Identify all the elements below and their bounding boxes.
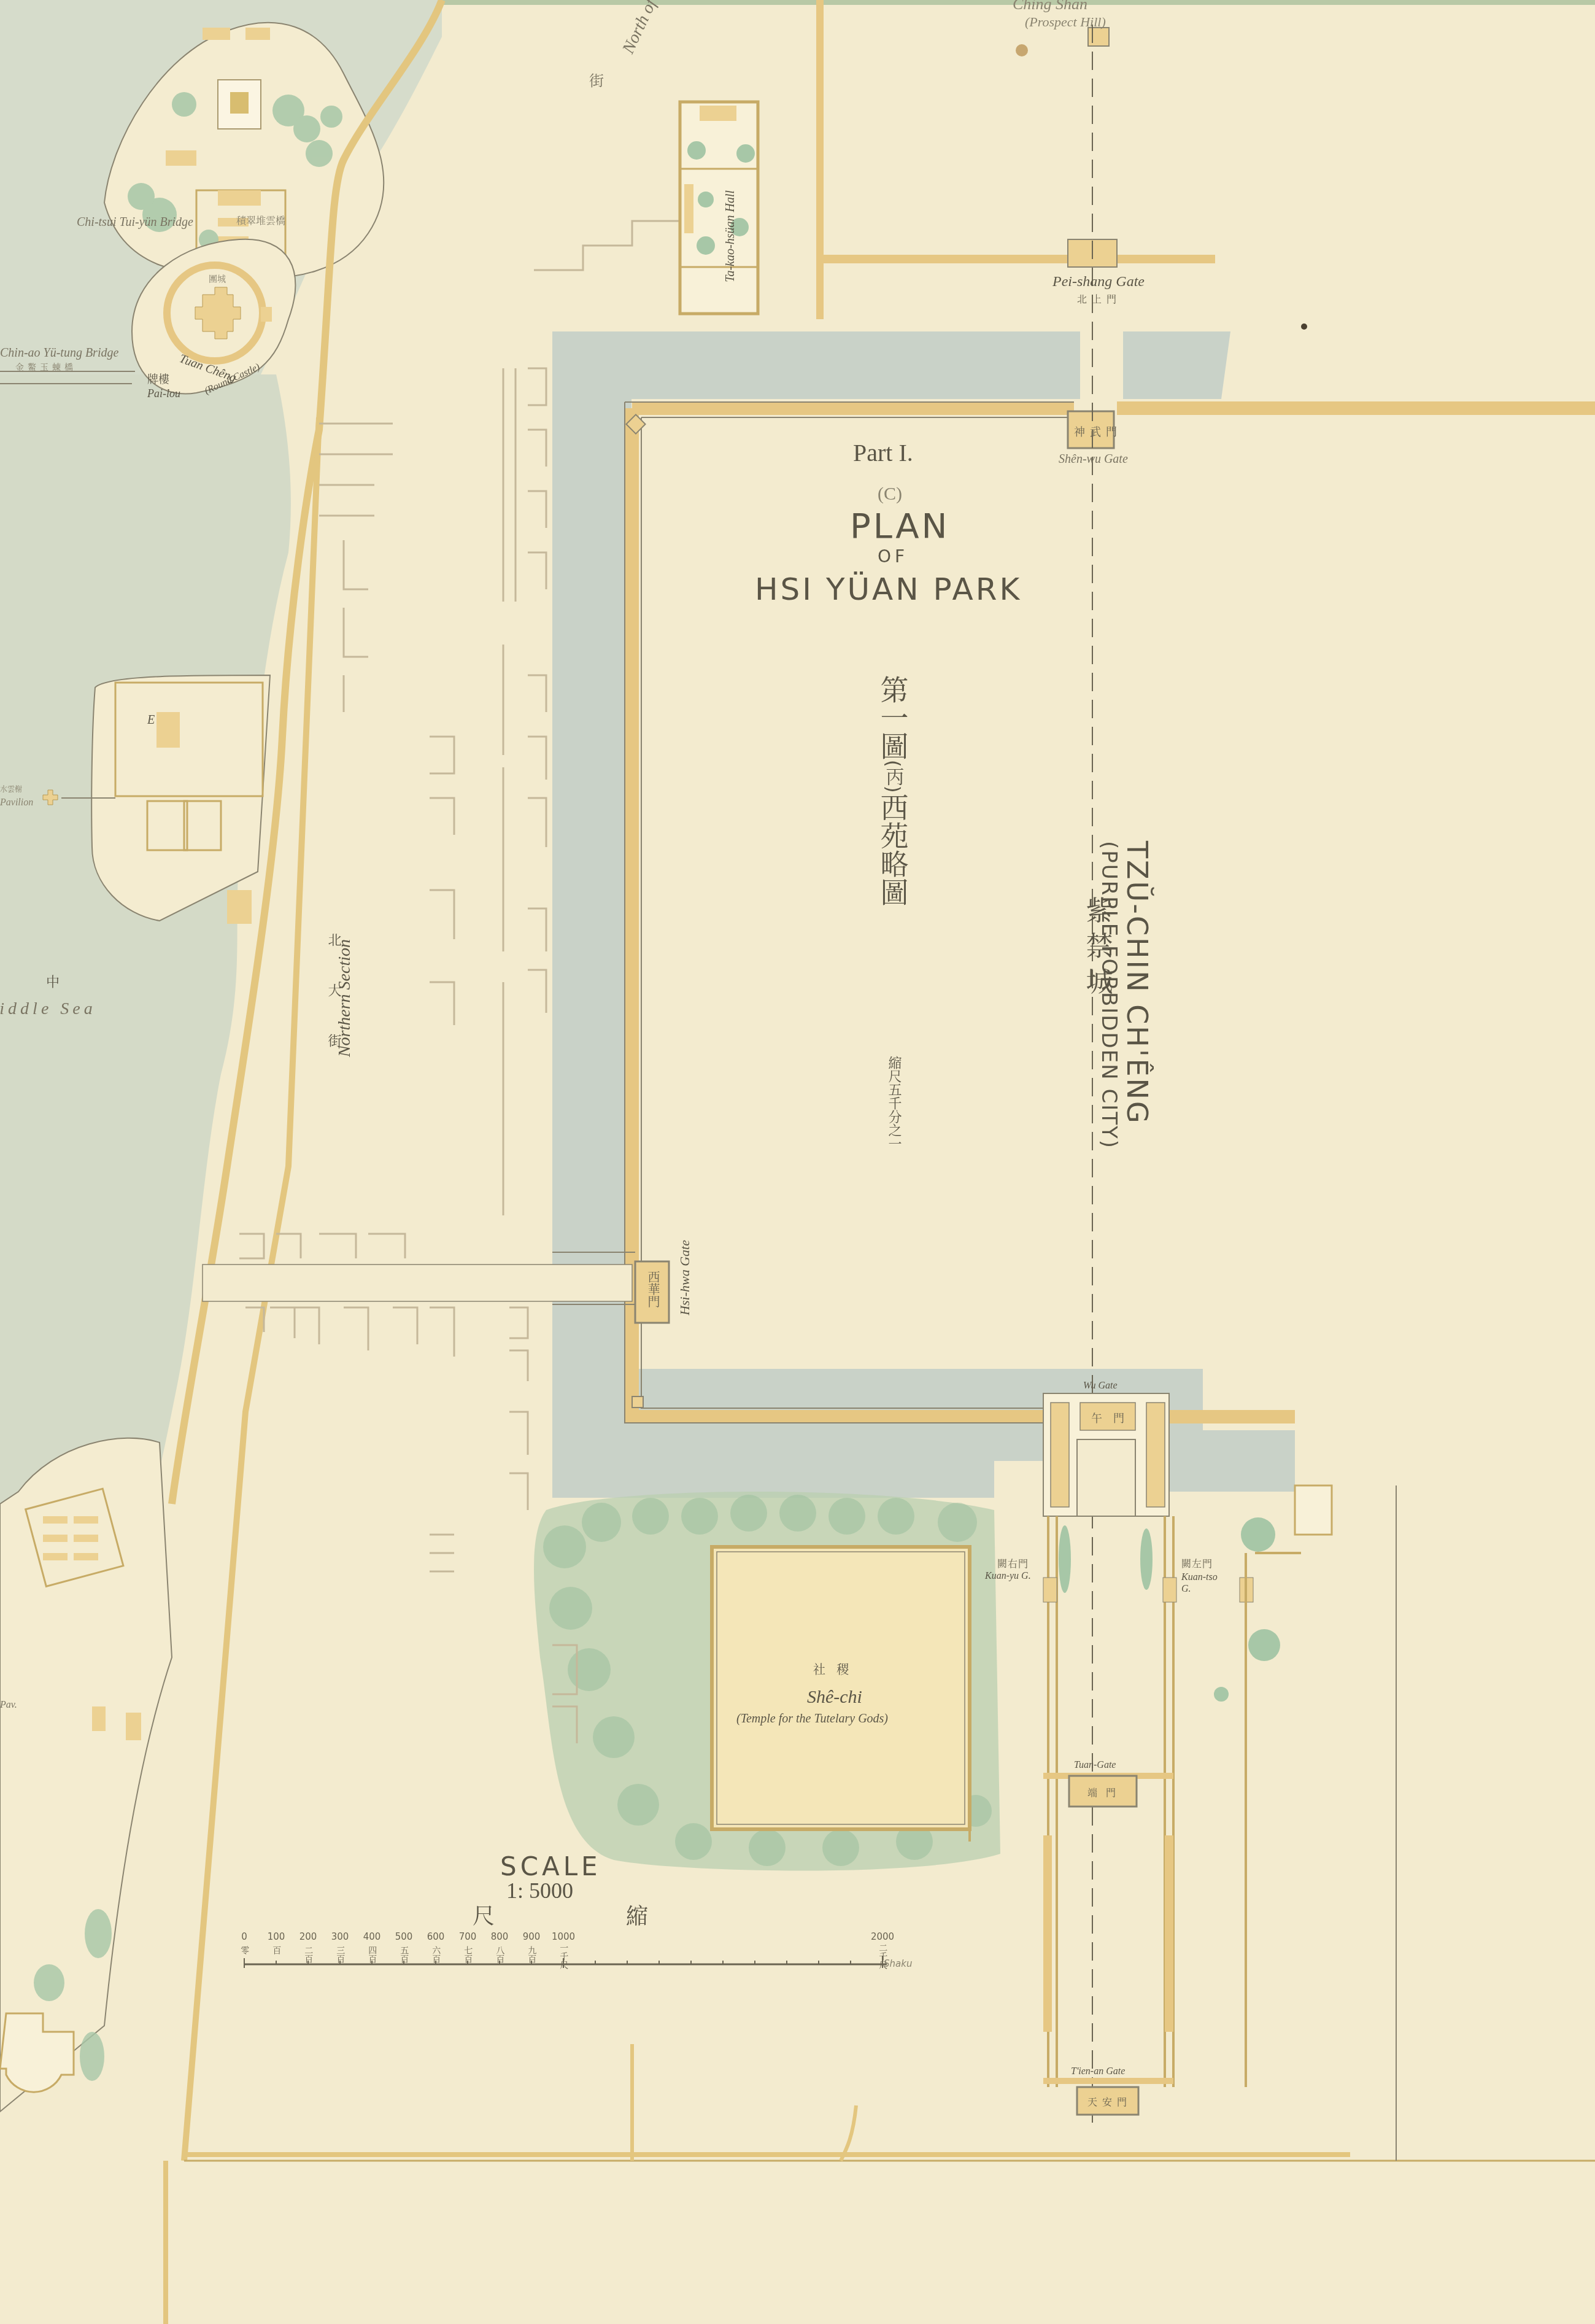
scale-tick-0: 0: [241, 1931, 247, 1942]
zh-char: 圖: [876, 877, 909, 905]
kuan-tso-gate-zh: 闕左門: [1181, 1556, 1213, 1570]
scale-tick-zh: 二百: [304, 1946, 313, 1963]
tuan-cheng-zh: 團城: [209, 275, 226, 284]
scale-tick-200: 200: [299, 1931, 317, 1942]
hsi-hwa-gate-label: Hsi-hwa Gate: [678, 1240, 692, 1315]
chin-ao-bridge-zh: 金鰲玉蝀橋: [15, 363, 77, 372]
title-of: OF: [878, 548, 908, 565]
zh-char: 一: [876, 703, 909, 732]
scale-zh-left: 尺: [473, 1906, 495, 1928]
northern-section-label: Northern Section: [336, 939, 353, 1057]
chi-tsui-bridge-zh: 積翠堆雲橋: [236, 216, 285, 226]
scale-ratio: 1: 5000: [506, 1880, 573, 1902]
pai-lou-label: Pai-lou: [147, 388, 180, 399]
she-chi-temple: [534, 1492, 1000, 1871]
marker-e: E: [147, 714, 155, 726]
zh-char: 苑: [876, 821, 909, 849]
ta-kao-hsuan-hall-label: Ta-kao-hsüan Hall: [724, 190, 736, 282]
zh-char: 圖: [876, 732, 909, 760]
scale-tick-zh: 四百: [368, 1946, 377, 1963]
tuan-gate-label: Tuan-Gate: [1074, 1760, 1116, 1770]
pei-shang-gate-zh: 北上門: [1077, 292, 1121, 306]
pavilion-zh: 水雲榭: [0, 786, 22, 793]
middle-sea-zh: 中: [46, 976, 60, 990]
forbidden-city-chinese: 紫 禁 城: [1071, 896, 1122, 994]
shen-wu-gate-zh: 神武門: [1074, 424, 1122, 440]
title-part: Part I.: [853, 441, 913, 465]
scale-tick-zh: 七百: [463, 1946, 473, 1963]
north-of-the-zh: 街: [589, 74, 604, 88]
zh-char: 第: [876, 675, 909, 703]
prospect-hill-english: (Prospect Hill): [1025, 15, 1106, 29]
title-section: (C): [878, 485, 902, 503]
title-park-name: HSI YÜAN PARK: [755, 574, 1022, 605]
prospect-hill-name: Ching Shan: [1013, 0, 1087, 12]
zh-char: 西: [876, 792, 909, 821]
zh-char: 略: [876, 849, 909, 877]
scale-unit: Shaku: [884, 1959, 912, 1969]
scale-tick-900: 900: [523, 1931, 541, 1942]
middle-sea-label: Middle Sea: [0, 1001, 96, 1018]
title-plan: PLAN: [850, 509, 949, 544]
scale-title: SCALE: [500, 1854, 601, 1880]
she-chi-english: (Temple for the Tutelary Gods): [736, 1713, 888, 1725]
scale-tick-zh: 三百: [336, 1946, 345, 1963]
tien-an-gate-label: T'ien-an Gate: [1071, 2067, 1125, 2077]
pei-shang-gate-label: Pei-shang Gate: [1052, 274, 1145, 289]
scale-tick-800: 800: [491, 1931, 509, 1942]
chin-ao-bridge-label: Chin-ao Yü-tung Bridge: [0, 347, 118, 359]
kuan-yu-gate-label: Kuan-yu G.: [985, 1571, 1031, 1581]
scale-tick-600: 600: [427, 1931, 445, 1942]
scale-tick-zh: 九百: [527, 1946, 536, 1963]
scale-tick-zh: 六百: [431, 1946, 441, 1963]
chi-tsui-bridge-label: Chi-tsui Tui-yün Bridge: [77, 216, 193, 228]
scale-tick-400: 400: [363, 1931, 381, 1942]
wu-gate-label: Wu Gate: [1083, 1381, 1118, 1391]
ta-kao-hsuan-hall: [680, 102, 758, 314]
she-chi-zh: 社 稷: [813, 1664, 852, 1676]
scale-tick-zh: 八百: [495, 1946, 504, 1963]
tuan-gate-zh: 端門: [1087, 1785, 1124, 1799]
forbidden-city-romanized: TZŬ-CHIN CH'ÊNG: [1123, 841, 1151, 1125]
scale-tick-zh: 百: [272, 1946, 281, 1954]
title-chinese: 第一圖(丙)西苑略圖: [865, 675, 919, 905]
title-chinese-scale: 縮尺五千分之一: [884, 1056, 903, 1150]
pavilion-label: Pavilion: [0, 798, 33, 808]
shen-wu-gate-label: Shên-wu Gate: [1059, 453, 1128, 465]
scale-tick-500: 500: [395, 1931, 413, 1942]
kuan-yu-gate-zh: 闕右門: [997, 1556, 1029, 1570]
scale-tick-zh: 五百: [400, 1946, 409, 1963]
tien-an-gate-zh: 天安門: [1087, 2094, 1132, 2109]
wu-gate-zh: 午門: [1091, 1410, 1135, 1426]
scale-tick-zh: 一千尺: [559, 1943, 568, 1969]
scale-zh-right: 縮: [626, 1906, 648, 1928]
pai-lou-zh: 牌樓: [147, 374, 169, 385]
scale-tick-100: 100: [268, 1931, 285, 1942]
scale-tick-2000: 2000: [871, 1931, 894, 1942]
scale-tick-700: 700: [459, 1931, 477, 1942]
kuan-tso-gate-label: Kuan-tso G.: [1181, 1571, 1218, 1595]
scale-tick-1000: 1000: [552, 1931, 575, 1942]
scale-tick-zh: 零: [240, 1946, 249, 1954]
scale-tick-300: 300: [331, 1931, 349, 1942]
zh-char: (丙): [882, 760, 903, 792]
hsi-yuan-park-map: [0, 0, 1595, 2324]
hsi-hwa-gate-zh: 西華門: [644, 1271, 662, 1307]
forbidden-city-english: (PURPLE FORBIDDEN CITY): [1099, 841, 1119, 1149]
she-chi-name: Shê-chi: [807, 1688, 862, 1706]
pav-label: Pav.: [0, 1700, 17, 1710]
